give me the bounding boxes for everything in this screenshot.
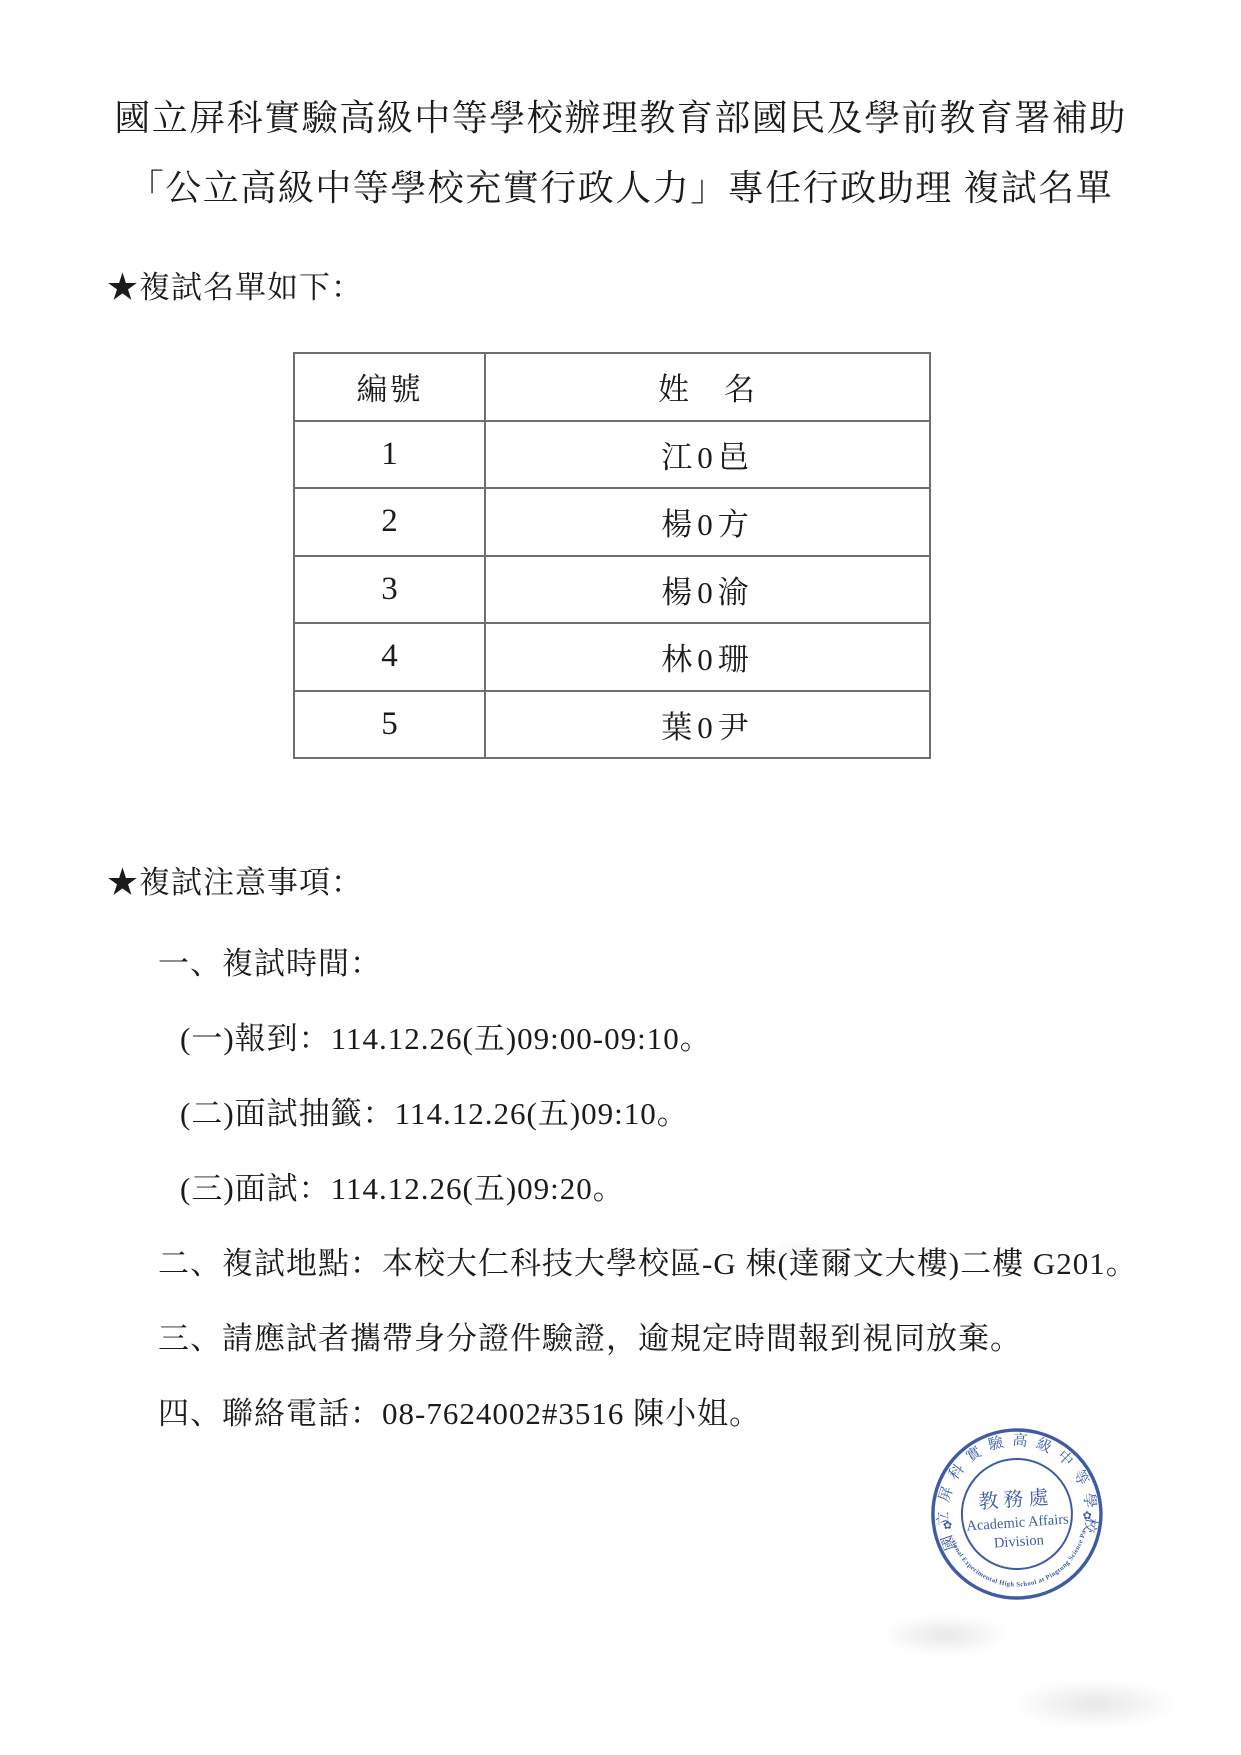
table-header-row: 編號 姓 名	[294, 353, 930, 421]
table-row: 2 楊0方	[294, 488, 930, 556]
column-header-no: 編號	[294, 353, 485, 421]
academic-affairs-division-stamp: 國立屏科實驗高級中等學校 National Experimental High …	[922, 1418, 1112, 1612]
candidate-no: 1	[294, 421, 485, 489]
candidate-no: 5	[294, 691, 485, 759]
note-item-1: 一、複試時間：	[158, 938, 382, 983]
candidate-no: 4	[294, 623, 485, 691]
roster-section-heading: ★複試名單如下：	[107, 262, 363, 307]
candidate-name: 楊0方	[485, 488, 930, 556]
roster-table: 編號 姓 名 1 江0邑 2 楊0方 3 楊0渝 4 林0珊 5 葉0尹	[293, 352, 931, 759]
note-item-2: 二、複試地點：本校大仁科技大學校區-G 棟(達爾文大樓)二樓 G201。	[158, 1238, 1138, 1283]
stamp-flower-right-icon: ✿	[1082, 1510, 1092, 1523]
stamp-center-title: 教務處	[978, 1485, 1054, 1513]
stamp-center-line-2: Academic Affairs	[966, 1511, 1070, 1534]
scan-smudge	[1010, 1680, 1180, 1728]
document-title-line-1: 國立屏科實驗高級中等學校辦理教育部國民及學前教育署補助	[0, 90, 1241, 141]
notes-section-heading: ★複試注意事項：	[107, 857, 363, 902]
candidate-name: 江0邑	[485, 421, 930, 489]
table-row: 4 林0珊	[294, 623, 930, 691]
candidate-no: 3	[294, 556, 485, 624]
candidate-name: 林0珊	[485, 623, 930, 691]
candidate-no: 2	[294, 488, 485, 556]
candidate-name: 楊0渝	[485, 556, 930, 624]
stamp-flower-left-icon: ✿	[943, 1520, 953, 1533]
document-page: 國立屏科實驗高級中等學校辦理教育部國民及學前教育署補助 「公立高級中等學校充實行…	[0, 0, 1241, 1755]
note-item-3: 三、請應試者攜帶身分證件驗證，逾規定時間報到視同放棄。	[158, 1313, 1022, 1358]
candidate-name: 葉0尹	[485, 691, 930, 759]
column-header-name: 姓 名	[485, 353, 930, 421]
scan-smudge	[770, 1240, 830, 1264]
note-item-1c: (三)面試：114.12.26(五)09:20。	[180, 1163, 625, 1208]
document-title-line-2: 「公立高級中等學校充實行政人力」專任行政助理 複試名單	[0, 160, 1241, 211]
note-item-1b: (二)面試抽籤：114.12.26(五)09:10。	[180, 1088, 689, 1133]
stamp-center-line-3: Division	[993, 1532, 1045, 1551]
note-item-4: 四、聯絡電話：08-7624002#3516 陳小姐。	[158, 1388, 761, 1433]
scan-smudge	[880, 1615, 1010, 1655]
table-row: 5 葉0尹	[294, 691, 930, 759]
table-row: 1 江0邑	[294, 421, 930, 489]
note-item-1a: (一)報到：114.12.26(五)09:00-09:10。	[180, 1013, 712, 1058]
table-row: 3 楊0渝	[294, 556, 930, 624]
